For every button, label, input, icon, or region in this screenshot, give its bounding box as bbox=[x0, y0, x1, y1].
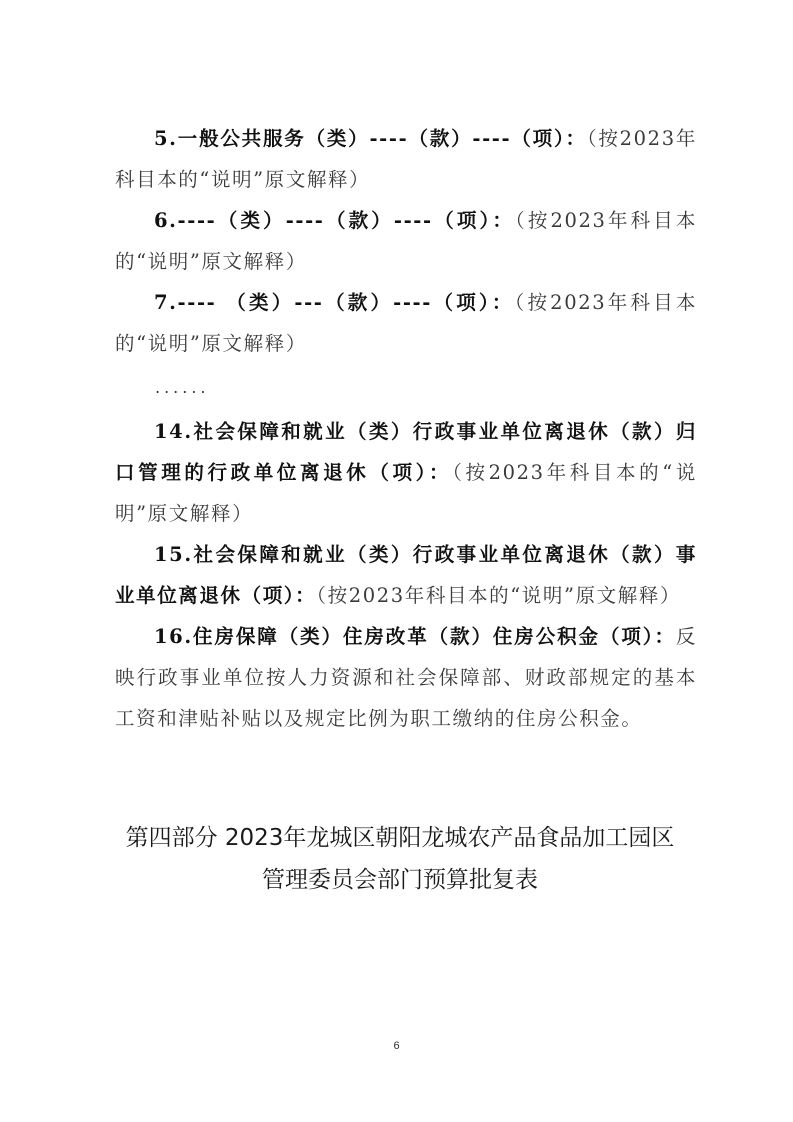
item-14-paragraph: 14.社会保障和就业（类）行政事业单位离退休（款）归口管理的行政单位离退休（项）… bbox=[115, 411, 697, 534]
page-number: 6 bbox=[0, 1040, 793, 1052]
item-15-description: （按2023年科目本的“说明”原文解释） bbox=[316, 584, 681, 607]
section-title-line-2: 管理委员会部门预算批复表 bbox=[100, 860, 700, 901]
ellipsis: ...... bbox=[155, 378, 210, 397]
item-16-heading: 16.住房保障（类）住房改革（款）住房公积金（项）： bbox=[154, 625, 676, 648]
item-7-paragraph: 7.---- （类）---（款）----（项）：（按2023年科目本的“说明”原… bbox=[115, 282, 697, 364]
item-16-paragraph: 16.住房保障（类）住房改革（款）住房公积金（项）：反映行政事业单位按人力资源和… bbox=[115, 616, 697, 739]
document-page: 5.一般公共服务（类）----（款）----（项）：（按2023年科目本的“说明… bbox=[0, 0, 793, 1122]
item-15-paragraph: 15.社会保障和就业（类）行政事业单位离退休（款）事业单位离退休（项）：（按20… bbox=[115, 534, 697, 616]
item-7-heading: 7.---- （类）---（款）----（项）： bbox=[154, 291, 515, 314]
item-6-heading: 6.----（类）----（款）----（项）： bbox=[154, 209, 515, 232]
section-title-line-1: 第四部分 2023年龙城区朝阳龙城农产品食品加工园区 bbox=[100, 818, 700, 859]
item-5-heading: 5.一般公共服务（类）----（款）----（项）： bbox=[154, 127, 587, 150]
item-5-paragraph: 5.一般公共服务（类）----（款）----（项）：（按2023年科目本的“说明… bbox=[115, 118, 697, 200]
item-6-paragraph: 6.----（类）----（款）----（项）：（按2023年科目本的“说明”原… bbox=[115, 200, 697, 282]
